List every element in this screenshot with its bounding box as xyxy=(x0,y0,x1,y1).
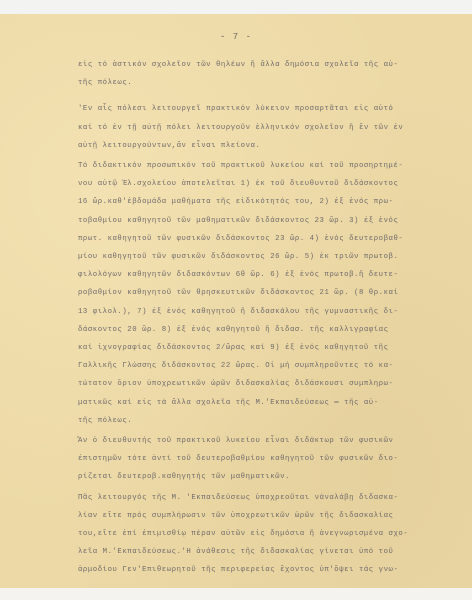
text-line: λεῖα Μ.'Εκπαιδεύσεως.'Η ἀνάθεσις τῆς διδ… xyxy=(78,543,433,561)
text-line: αὐτῇ λειτουργούντων,ἄν εἶναι πλείονα. xyxy=(78,137,433,155)
text-line: λίαν εἴτε πρός συμπλήρωσιν τῶν ὑποχρεωτι… xyxy=(78,507,433,525)
text-line: τῆς πόλεως. xyxy=(78,74,433,92)
text-line: Ἄν ὁ διευθυντής τοῦ πρακτικοῦ λυκείου εἶ… xyxy=(78,432,433,450)
text-line: φιλολόγων καθηγητῶν διδασκόντων 6θ ὥρ. 6… xyxy=(78,266,433,284)
text-line: Γαλλικῆς Γλώσσης διδάσκοντος 22 ὥρας. Οἱ… xyxy=(78,357,433,375)
text-line: ρίζεται δευτεροβ.καθηγητής τῶν μαθηματικ… xyxy=(78,468,433,486)
page-number: - 7 - xyxy=(0,32,472,42)
text-line: Πᾶς λειτουργός τῆς Μ. 'Εκπαιδεύσεως ὑποχ… xyxy=(78,489,433,507)
scan-top-margin xyxy=(0,0,472,14)
text-line: 13 φιλολ.), 7) ἐξ ἑνός καθηγητοῦ ἤ διδασ… xyxy=(78,303,433,321)
text-line: μίου καθηγητοῦ τῶν φυσικῶν διδάσκοντος 2… xyxy=(78,248,433,266)
text-line: νου αὐτῷ Ἑλ.σχολείου ἀποτελεῖται 1) ἐκ τ… xyxy=(78,175,433,193)
text-line: καί ἰχνογραφίας διδάσκοντος 2/ὥρας καί 9… xyxy=(78,339,433,357)
text-line: του,εἴτε ἐπί ἐπιμισθίῳ πέραν αὐτῶν εἰς δ… xyxy=(78,525,433,543)
text-line: Τό διδακτικόν προσωπικόν τοῦ πρακτικοῦ λ… xyxy=(78,157,433,175)
text-line: ἐπιστημῶν τότε ἀντί τοῦ δευτεροβαθμίου κ… xyxy=(78,450,433,468)
text-line: 16 ὥρ.καθ'ἑβδομάδα μαθήματα τῆς εἰδικότη… xyxy=(78,193,433,211)
text-line: ἁρμοδίου Γεν'Επιθεωρητοῦ τῆς περιφερείας… xyxy=(78,561,433,579)
text-line: 'Εν αἷς πόλεσι λειτουργεῖ πρακτικόν λύκε… xyxy=(78,100,433,118)
text-line: ροβαθμίον καθηγητοῦ τῶν θρησκευτικῶν διδ… xyxy=(78,284,433,302)
document-body: εἰς τό ἀστικόν σχολεῖον τῶν θηλέων ἤ ἄλλ… xyxy=(78,56,433,580)
text-line: εἰς τό ἀστικόν σχολεῖον τῶν θηλέων ἤ ἄλλ… xyxy=(78,56,433,74)
text-line: τώτατον ὅριον ὑποχρεωτικῶν ὡρῶν διδασκαλ… xyxy=(78,375,433,393)
text-line: τῆς πόλεως. xyxy=(78,412,433,430)
text-line: πρωτ. καθηγητοῦ τῶν φυσικῶν διδάσκοντος … xyxy=(78,230,433,248)
scan-bottom-margin xyxy=(0,588,472,600)
document-page: - 7 - εἰς τό ἀστικόν σχολεῖον τῶν θηλέων… xyxy=(0,14,472,588)
text-line: ματικῶς καί εἰς τά ἄλλα σχολεῖα τῆς Μ.'Ε… xyxy=(78,394,433,412)
text-line: τοβαθμίου καθηγητοῦ τῶν μαθηματικῶν διδά… xyxy=(78,212,433,230)
text-line: δάσκοντος 20 ὥρ. 8) ἐξ ἑνός καθηγητοῦ ἤ … xyxy=(78,321,433,339)
text-line: καί τό ἐν τῇ αὐτῇ πόλει λειτουργοῦν ἑλλη… xyxy=(78,119,433,137)
